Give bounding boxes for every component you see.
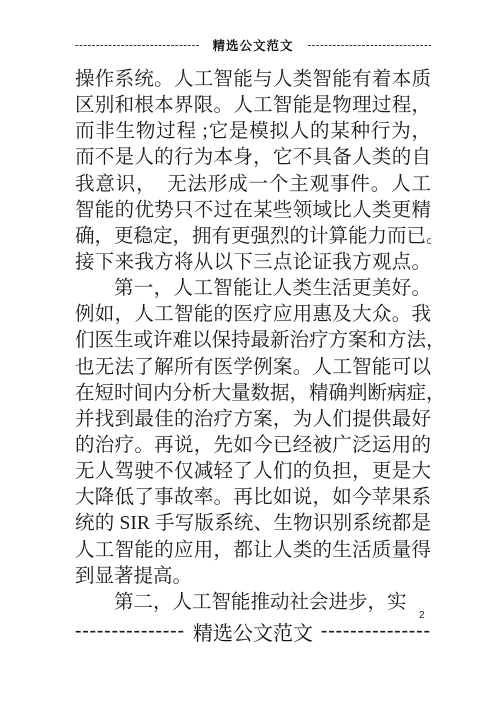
header-dashes-right: ----------------------------------------… xyxy=(308,37,432,53)
text-line: 的治疗。再说，先如今已经被广泛运用的 xyxy=(75,433,431,459)
text-line: 大降低了事故率。再比如说，如今苹果系 xyxy=(75,485,431,511)
footer-title: 精选公文范文 xyxy=(185,617,321,646)
text-line: 第二，人工智能推动社会进步，实 xyxy=(75,590,431,616)
document-page: ----------------------------------------… xyxy=(0,0,500,708)
document-body: 操作系统。人工智能与人类智能有着本质区别和根本界限。人工智能是物理过程，而非生物… xyxy=(75,67,431,616)
text-line: 而不是人的行为本身，它不具备人类的自 xyxy=(75,145,431,171)
text-line: 接下来我方将从以下三点论证我方观点。 xyxy=(75,250,431,276)
text-line: 第一，人工智能让人类生活更美好。 xyxy=(75,276,431,302)
text-line: 无人驾驶不仅减轻了人们的负担，更是大 xyxy=(75,459,431,485)
text-line: 区别和根本界限。人工智能是物理过程， xyxy=(75,93,431,119)
footer-dashes-right: -------------------------------- xyxy=(321,617,431,645)
header-dashes-left: ----------------------------------------… xyxy=(75,37,199,53)
page-header: ----------------------------------------… xyxy=(75,37,431,53)
text-line: 也无法了解所有医学例案。人工智能可以 xyxy=(75,355,431,381)
text-line: 并找到最佳的治疗方案，为人们提供最好 xyxy=(75,407,431,433)
text-line: 智能的优势只不过在某些领域比人类更精 xyxy=(75,198,431,224)
text-line: 们医生或许难以保持最新治疗方案和方法， xyxy=(75,328,431,354)
text-line: 操作系统。人工智能与人类智能有着本质 xyxy=(75,67,431,93)
text-line: 统的 SIR 手写版系统、生物识别系统都是 xyxy=(75,511,431,537)
text-line: 人工智能的应用，都让人类的生活质量得 xyxy=(75,538,431,564)
page-number: 2 xyxy=(419,610,425,621)
text-line: 例如，人工智能的医疗应用惠及大众。我 xyxy=(75,302,431,328)
page-footer: -------------------------------- 精选公文范文 … xyxy=(75,617,431,645)
text-line: 到显著提高。 xyxy=(75,564,431,590)
text-line: 我意识， 无法形成一个主观事件。人工 xyxy=(75,172,431,198)
text-line: 确，更稳定，拥有更强烈的计算能力而已。 xyxy=(75,224,431,250)
text-line: 在短时间内分析大量数据，精确判断病症， xyxy=(75,381,431,407)
header-title: 精选公文范文 xyxy=(199,36,308,54)
text-line: 而非生物过程 ;它是模拟人的某种行为， xyxy=(75,119,431,145)
footer-dashes-left: -------------------------------- xyxy=(75,617,185,645)
